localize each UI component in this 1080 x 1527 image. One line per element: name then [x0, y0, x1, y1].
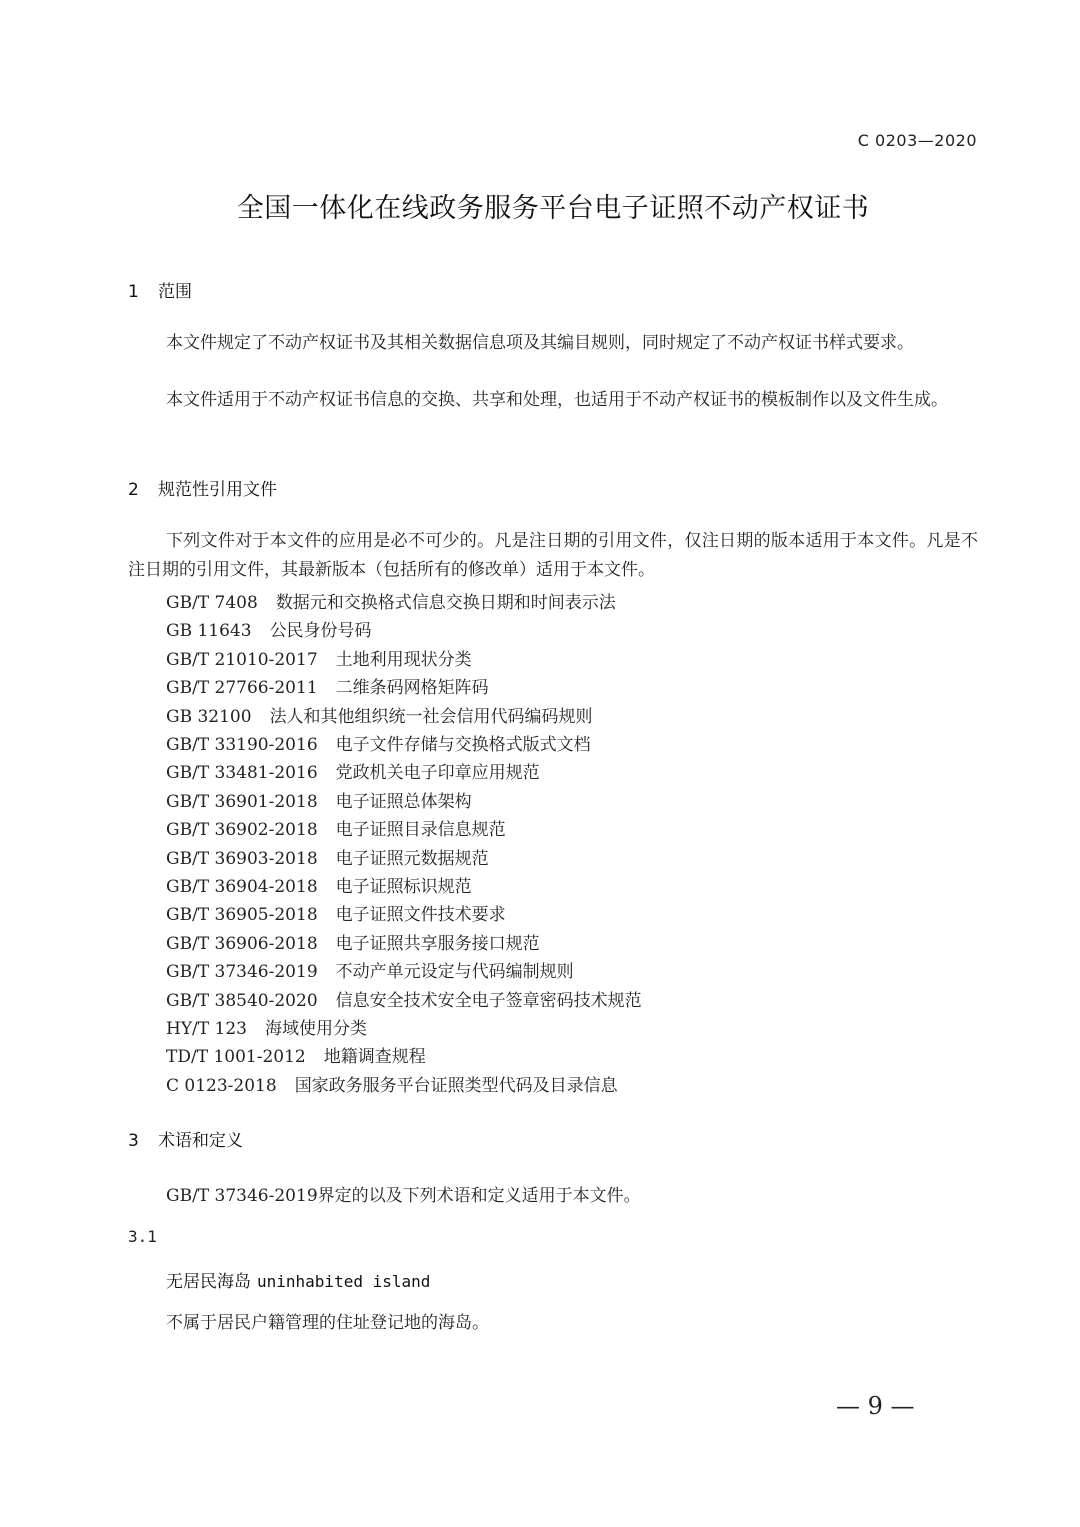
- section-title: 范围: [158, 282, 192, 302]
- reference-code: HY/T 123: [166, 1019, 247, 1039]
- reference-item: GB/T 33481-2016党政机关电子印章应用规范: [166, 758, 540, 783]
- reference-code: GB/T 7408: [166, 593, 258, 613]
- reference-title: 国家政务服务平台证照类型代码及目录信息: [295, 1076, 618, 1096]
- section-title: 术语和定义: [158, 1131, 243, 1151]
- reference-item: GB/T 36903-2018电子证照元数据规范: [166, 844, 489, 869]
- section-title: 规范性引用文件: [158, 480, 277, 500]
- reference-code: GB/T 36901-2018: [166, 792, 318, 812]
- reference-code: GB/T 33190-2016: [166, 735, 318, 755]
- reference-code: GB/T 37346-2019: [166, 962, 318, 982]
- section-number: 1: [128, 282, 158, 302]
- reference-title: 电子证照目录信息规范: [336, 820, 506, 840]
- reference-code: GB/T 36902-2018: [166, 820, 318, 840]
- reference-title: 信息安全技术安全电子签章密码技术规范: [336, 991, 642, 1011]
- reference-item: HY/T 123海域使用分类: [166, 1014, 367, 1039]
- section-number: 3: [128, 1131, 158, 1151]
- reference-code: GB/T 36906-2018: [166, 934, 318, 954]
- page-number: — 9 —: [836, 1392, 915, 1420]
- reference-title: 地籍调查规程: [324, 1047, 426, 1067]
- reference-item: GB/T 27766-2011二维条码网格矩阵码: [166, 673, 489, 698]
- section-3-heading: 3术语和定义: [128, 1126, 243, 1151]
- reference-title: 海域使用分类: [265, 1019, 367, 1039]
- reference-title: 法人和其他组织统一社会信用代码编码规则: [270, 707, 593, 727]
- reference-code: GB/T 36903-2018: [166, 849, 318, 869]
- reference-title: 不动产单元设定与代码编制规则: [336, 962, 574, 982]
- reference-code: GB/T 36904-2018: [166, 877, 318, 897]
- document-title: 全国一体化在线政务服务平台电子证照不动产权证书: [0, 186, 1080, 225]
- reference-item: GB/T 21010-2017土地利用现状分类: [166, 645, 472, 670]
- reference-title: 党政机关电子印章应用规范: [336, 763, 540, 783]
- reference-title: 电子证照共享服务接口规范: [336, 934, 540, 954]
- reference-title: 土地利用现状分类: [336, 650, 472, 670]
- reference-item: GB/T 38540-2020信息安全技术安全电子签章密码技术规范: [166, 986, 642, 1011]
- scope-paragraph-1: 本文件规定了不动产权证书及其相关数据信息项及其编目规则，同时规定了不动产权证书样…: [128, 329, 978, 358]
- reference-code: GB/T 38540-2020: [166, 991, 318, 1011]
- clause-number: 3.1: [128, 1227, 157, 1246]
- reference-code: TD/T 1001-2012: [166, 1047, 306, 1067]
- reference-code: GB/T 36905-2018: [166, 905, 318, 925]
- reference-title: 公民身份号码: [270, 621, 372, 641]
- reference-title: 电子证照总体架构: [336, 792, 472, 812]
- reference-code: GB/T 27766-2011: [166, 678, 318, 698]
- document-number: C 0203—2020: [858, 131, 977, 150]
- reference-title: 电子证照元数据规范: [336, 849, 489, 869]
- reference-title: 电子文件存储与交换格式版式文档: [336, 735, 591, 755]
- reference-title: 二维条码网格矩阵码: [336, 678, 489, 698]
- term-en: uninhabited island: [257, 1272, 430, 1291]
- section-2-heading: 2规范性引用文件: [128, 475, 277, 500]
- term-definition: 不属于居民户籍管理的住址登记地的海岛。: [166, 1308, 489, 1333]
- reference-code: C 0123-2018: [166, 1076, 277, 1096]
- reference-item: GB/T 36905-2018电子证照文件技术要求: [166, 900, 506, 925]
- reference-item: TD/T 1001-2012地籍调查规程: [166, 1042, 426, 1067]
- scope-paragraph-2: 本文件适用于不动产权证书信息的交换、共享和处理，也适用于不动产权证书的模板制作以…: [128, 386, 978, 415]
- reference-code: GB 11643: [166, 621, 252, 641]
- reference-code: GB/T 21010-2017: [166, 650, 318, 670]
- reference-item: GB/T 36906-2018电子证照共享服务接口规范: [166, 929, 540, 954]
- references-intro: 下列文件对于本文件的应用是必不可少的。凡是注日期的引用文件，仅注日期的版本适用于…: [128, 527, 978, 584]
- reference-item: GB/T 36904-2018电子证照标识规范: [166, 872, 472, 897]
- reference-item: GB 32100法人和其他组织统一社会信用代码编码规则: [166, 702, 593, 727]
- reference-code: GB 32100: [166, 707, 252, 727]
- reference-title: 数据元和交换格式信息交换日期和时间表示法: [276, 593, 616, 613]
- term-zh: 无居民海岛: [166, 1272, 251, 1292]
- reference-title: 电子证照文件技术要求: [336, 905, 506, 925]
- section-1-heading: 1范围: [128, 277, 192, 302]
- reference-code: GB/T 33481-2016: [166, 763, 318, 783]
- reference-item: GB/T 37346-2019不动产单元设定与代码编制规则: [166, 957, 574, 982]
- reference-item: GB/T 7408数据元和交换格式信息交换日期和时间表示法: [166, 588, 616, 613]
- reference-item: C 0123-2018国家政务服务平台证照类型代码及目录信息: [166, 1071, 618, 1096]
- reference-title: 电子证照标识规范: [336, 877, 472, 897]
- section-number: 2: [128, 480, 158, 500]
- reference-item: GB/T 36901-2018电子证照总体架构: [166, 787, 472, 812]
- reference-item: GB 11643公民身份号码: [166, 616, 372, 641]
- terms-intro: GB/T 37346-2019界定的以及下列术语和定义适用于本文件。: [166, 1181, 641, 1206]
- term-entry: 无居民海岛uninhabited island: [166, 1267, 430, 1292]
- reference-item: GB/T 33190-2016电子文件存储与交换格式版式文档: [166, 730, 591, 755]
- reference-item: GB/T 36902-2018电子证照目录信息规范: [166, 815, 506, 840]
